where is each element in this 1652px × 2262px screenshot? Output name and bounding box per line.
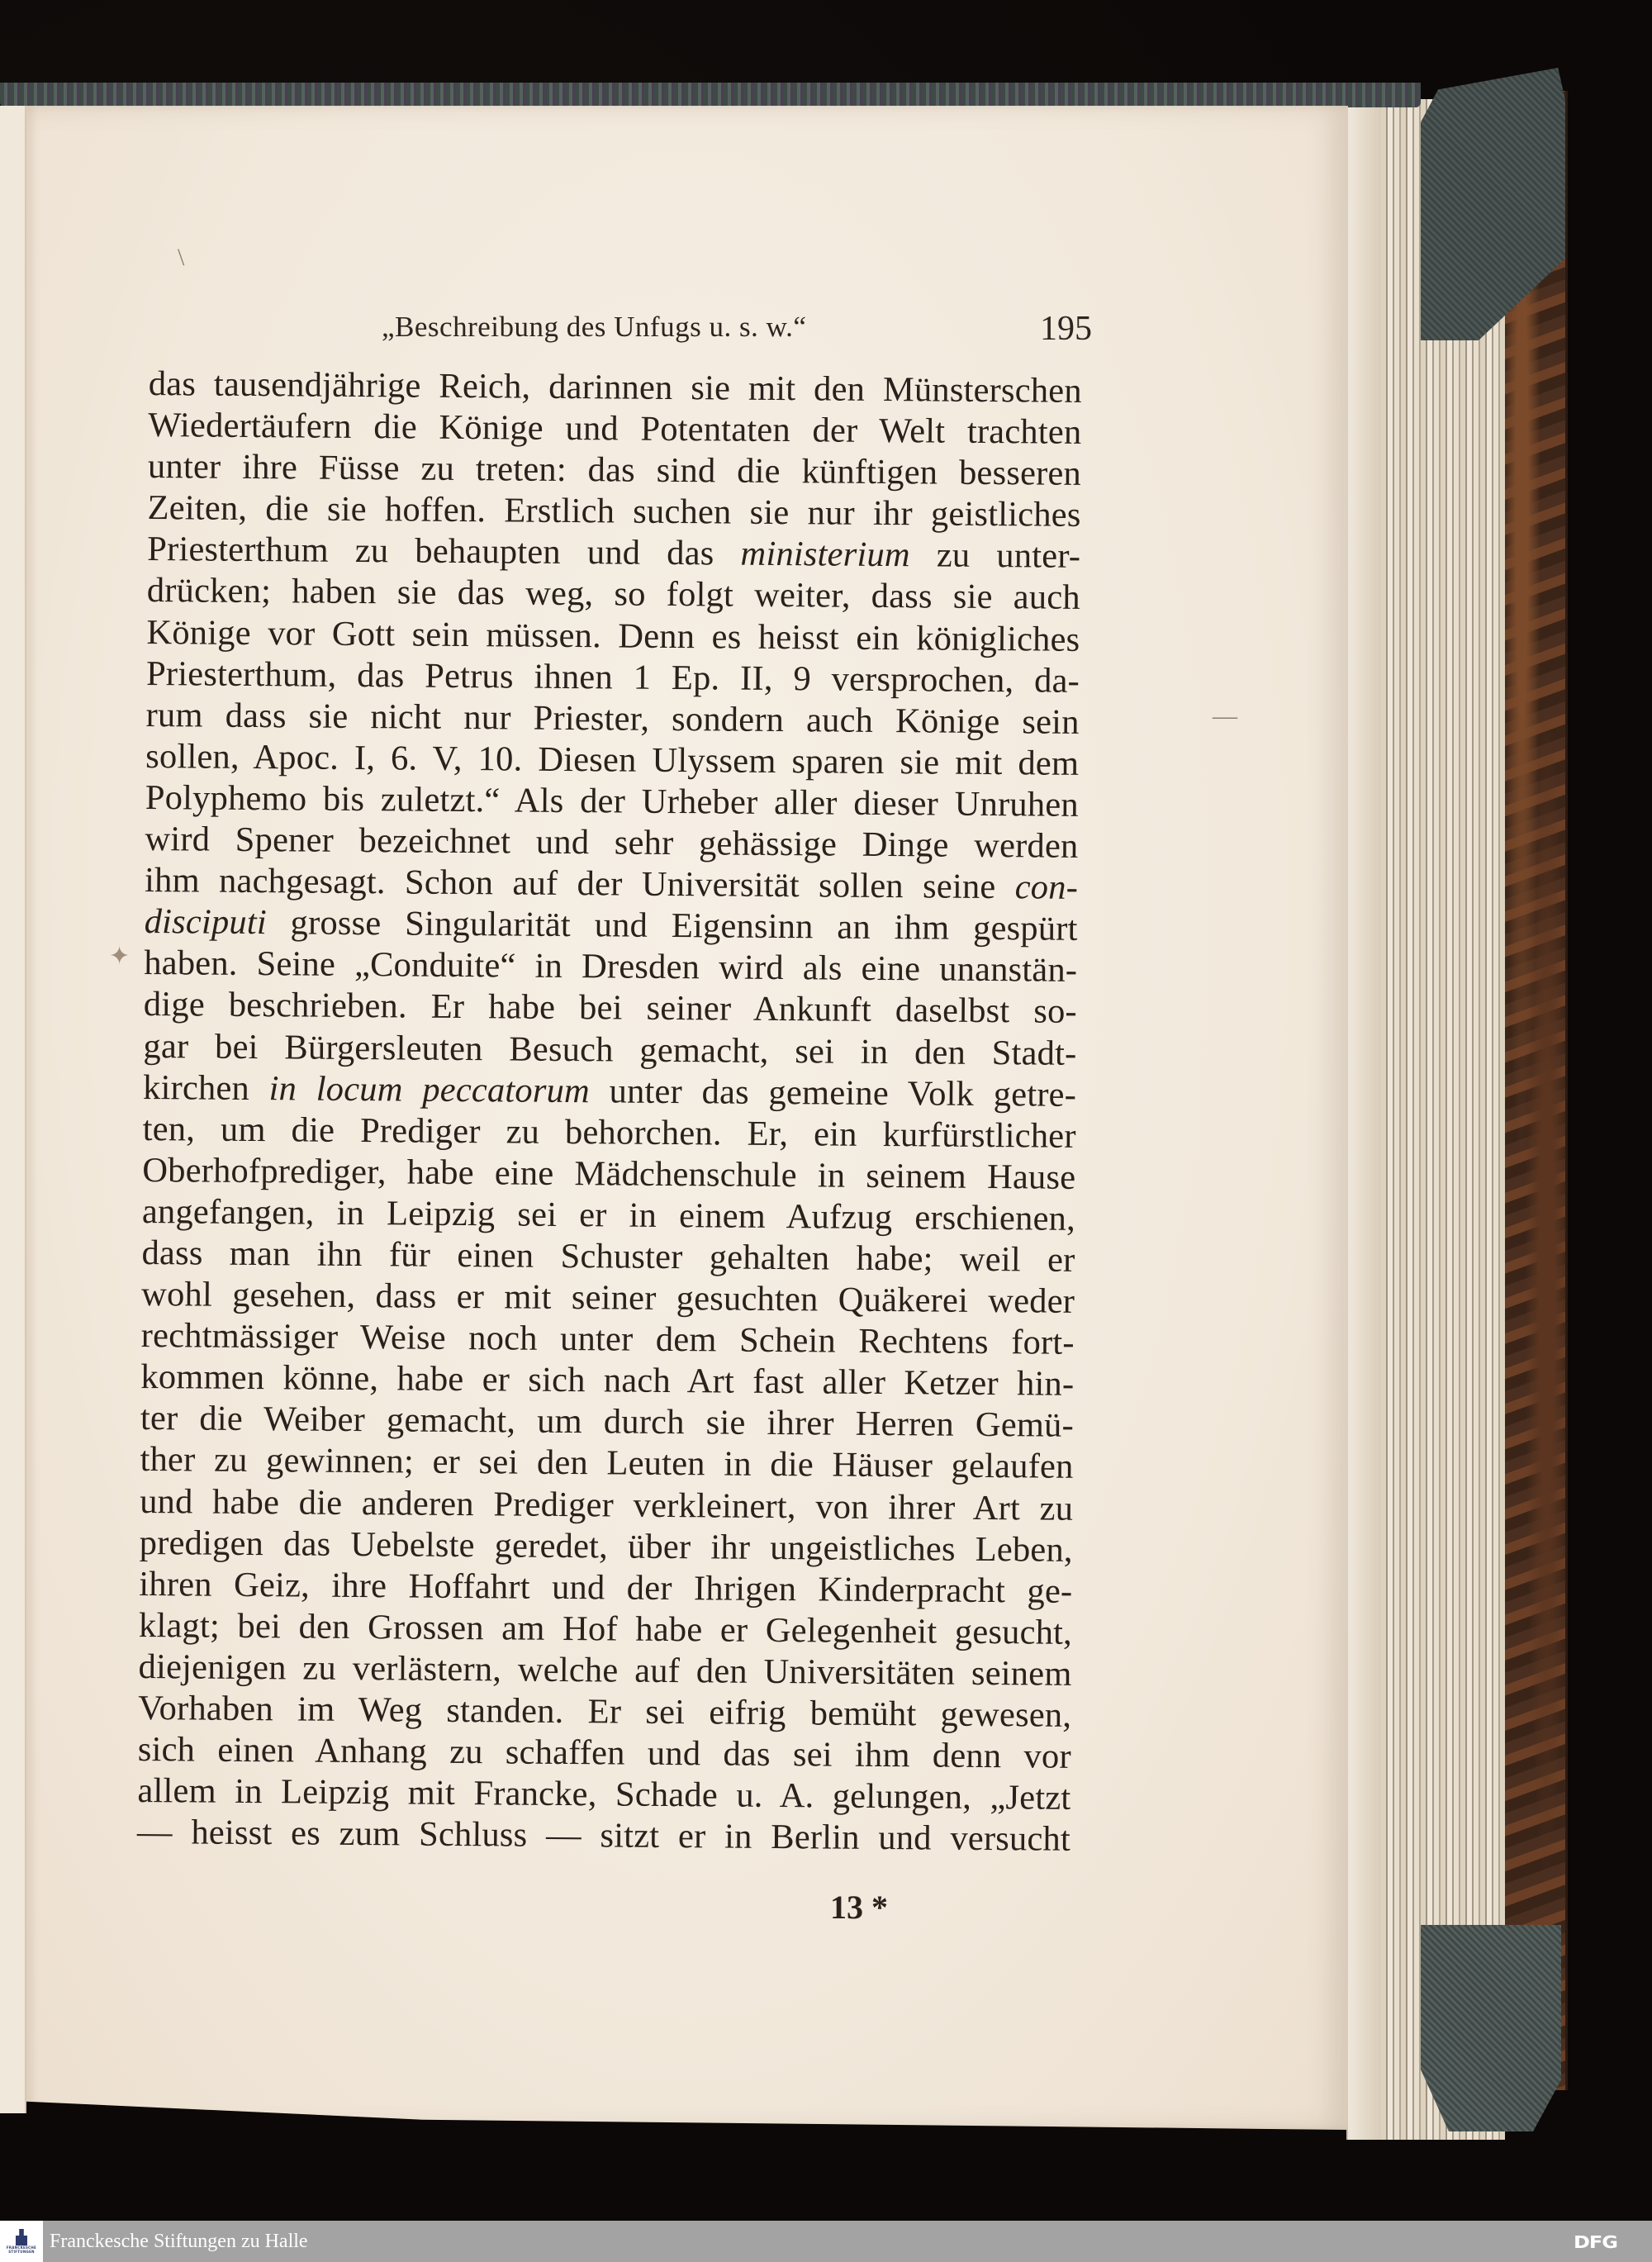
text-run: kommen könne, habe er sich nach Art fast…	[140, 1357, 1074, 1404]
margin-mark: ✦	[109, 942, 130, 971]
text-run: drücken; haben sie das weg, so folgt wei…	[147, 571, 1080, 617]
text-run: unter ihre Füsse zu treten: das sind die…	[148, 447, 1081, 493]
institution-name: Franckesche Stiftungen zu Halle	[50, 2231, 308, 2253]
cloth-corner-bottom	[1421, 1925, 1561, 2131]
italic-latin-term: in locum peccatorum	[268, 1069, 590, 1110]
text-line: Polyphemo bis zuletzt.“ Als der Urheber …	[145, 777, 1079, 826]
text-line: gar bei Bürgersleuten Besuch gemacht, se…	[143, 1025, 1076, 1074]
text-line: ter die Weiber gemacht, um durch sie ihr…	[140, 1398, 1074, 1447]
text-run: ihren Geiz, ihre Hoffahrt und der Ihrige…	[139, 1565, 1072, 1611]
text-run: ther zu gewinnen; er sei den Leuten in d…	[140, 1440, 1073, 1486]
text-line: kommen könne, habe er sich nach Art fast…	[140, 1357, 1074, 1405]
text-line: drücken; haben sie das weg, so folgt wei…	[147, 570, 1080, 619]
text-run: Zeiten, die sie hoffen. Erstlich suchen …	[147, 488, 1080, 535]
text-line: dass man ihn für einen Schuster gehalten…	[141, 1233, 1075, 1281]
text-line: klagt; bei den Grossen am Hof habe er Ge…	[139, 1605, 1072, 1654]
text-line: rechtmässiger Weise noch unter dem Schei…	[141, 1315, 1075, 1364]
text-run: angefangen, in Leipzig sei er in einem A…	[142, 1192, 1075, 1238]
text-run: gar bei Bürgersleuten Besuch gemacht, se…	[143, 1026, 1076, 1072]
text-run: — heisst es zum Schluss — sitzt er in Be…	[137, 1813, 1070, 1859]
verso-page-sliver	[0, 106, 26, 2113]
text-run: ihm nachgesagt. Schon auf der Universitä…	[145, 861, 1015, 906]
text-run: allem in Leipzig mit Francke, Schade u. …	[137, 1771, 1070, 1818]
text-line: — heisst es zum Schluss — sitzt er in Be…	[137, 1812, 1070, 1860]
italic-latin-term: ministerium	[740, 535, 910, 575]
page-number: 195	[1040, 309, 1092, 349]
text-run: wird Spener bezeichnet und sehr gehässig…	[145, 820, 1078, 866]
text-run: und habe die anderen Prediger verkleiner…	[140, 1481, 1073, 1528]
text-run: dass man ihn für einen Schuster gehalten…	[141, 1233, 1075, 1280]
text-run: kirchen	[143, 1068, 269, 1108]
text-run: haben. Seine „Conduite“ in Dresden wird …	[144, 943, 1077, 990]
text-run: predigen das Uebelste geredet, über ihr …	[140, 1523, 1073, 1570]
text-line: Zeiten, die sie hoffen. Erstlich suchen …	[147, 487, 1080, 536]
text-line: wird Spener bezeichnet und sehr gehässig…	[145, 819, 1078, 867]
text-run: wohl gesehen, dass er mit seiner gesucht…	[141, 1275, 1075, 1321]
text-run: ten, um die Prediger zu behorchen. Er, e…	[143, 1110, 1076, 1156]
text-line: Priesterthum zu behaupten und das minist…	[147, 529, 1080, 577]
text-line: Oberhofprediger, habe eine Mädchenschule…	[142, 1150, 1075, 1199]
text-run: sich einen Anhang zu schaffen und das se…	[138, 1730, 1071, 1776]
text-line: allem in Leipzig mit Francke, Schade u. …	[137, 1770, 1070, 1819]
text-run: Oberhofprediger, habe eine Mädchenschule…	[142, 1151, 1075, 1197]
logo-text-line2: STIFTUNGEN	[8, 2250, 35, 2254]
signature-mark: 13 *	[830, 1888, 888, 1927]
page-block-edges	[1346, 99, 1505, 2140]
footer-bar: FRANCKESCHE STIFTUNGEN Franckesche Stift…	[0, 2221, 1652, 2262]
figure-logo-icon	[16, 2229, 27, 2245]
body-text: das tausendjährige Reich, darinnen sie m…	[137, 364, 1082, 1860]
text-run: unter das gemeine Volk getre-	[590, 1072, 1077, 1114]
margin-mark: —	[1213, 702, 1237, 730]
text-run: Priesterthum, das Petrus ihnen 1 Ep. II,…	[146, 654, 1080, 701]
top-binding-strip	[0, 83, 1421, 107]
text-run: zu unter-	[910, 536, 1081, 577]
text-line: haben. Seine „Conduite“ in Dresden wird …	[144, 943, 1077, 991]
text-run: dige beschrieben. Er habe bei seiner Ank…	[144, 985, 1077, 1031]
text-line: Vorhaben im Weg standen. Er sei eifrig b…	[138, 1688, 1071, 1737]
text-line: diejenigen zu verlästern, welche auf den…	[138, 1647, 1071, 1695]
text-line: disciputi grosse Singularität und Eigens…	[144, 901, 1077, 950]
text-line: kirchen in locum peccatorum unter das ge…	[143, 1067, 1076, 1116]
text-line: ihren Geiz, ihre Hoffahrt und der Ihrige…	[139, 1564, 1072, 1613]
italic-latin-term: con-	[1015, 867, 1079, 907]
text-run: ter die Weiber gemacht, um durch sie ihr…	[140, 1399, 1074, 1445]
italic-latin-term: disciputi	[145, 902, 268, 942]
text-line: rum dass sie nicht nur Priester, sondern…	[145, 695, 1079, 744]
text-run: Priesterthum zu behaupten und das	[147, 530, 741, 573]
dfg-logo[interactable]: DFG	[1574, 2232, 1617, 2252]
text-line: ten, um die Prediger zu behorchen. Er, e…	[143, 1109, 1076, 1157]
text-line: Priesterthum, das Petrus ihnen 1 Ep. II,…	[146, 653, 1080, 702]
text-run: diejenigen zu verlästern, welche auf den…	[138, 1647, 1071, 1694]
margin-mark: \	[178, 244, 184, 272]
text-line: sollen, Apoc. I, 6. V, 10. Diesen Ulysse…	[145, 736, 1079, 785]
text-run: rum dass sie nicht nur Priester, sondern…	[145, 696, 1079, 742]
text-run: klagt; bei den Grossen am Hof habe er Ge…	[139, 1606, 1072, 1652]
text-run: Vorhaben im Weg standen. Er sei eifrig b…	[138, 1689, 1071, 1735]
text-run: grosse Singularität und Eigensinn an ihm…	[267, 903, 1078, 948]
text-line: ther zu gewinnen; er sei den Leuten in d…	[140, 1439, 1073, 1488]
text-line: sich einen Anhang zu schaffen und das se…	[138, 1729, 1071, 1778]
text-run: rechtmässiger Weise noch unter dem Schei…	[141, 1316, 1075, 1362]
text-run: Könige vor Gott sein müssen. Denn es hei…	[146, 613, 1080, 659]
text-line: unter ihre Füsse zu treten: das sind die…	[148, 446, 1081, 495]
text-line: Wiedertäufern die Könige und Potentaten …	[148, 405, 1081, 454]
text-run: Polyphemo bis zuletzt.“ Als der Urheber …	[145, 778, 1079, 824]
book-cover-board	[1503, 91, 1568, 2090]
text-line: dige beschrieben. Er habe bei seiner Ank…	[144, 984, 1077, 1033]
text-run: Wiedertäufern die Könige und Potentaten …	[148, 406, 1081, 452]
text-run: das tausendjährige Reich, darinnen sie m…	[149, 364, 1082, 411]
franckesche-stiftungen-logo[interactable]: FRANCKESCHE STIFTUNGEN	[0, 2221, 43, 2262]
text-line: ihm nachgesagt. Schon auf der Universitä…	[145, 860, 1078, 909]
text-run: sollen, Apoc. I, 6. V, 10. Diesen Ulysse…	[145, 737, 1079, 783]
text-line: und habe die anderen Prediger verkleiner…	[140, 1480, 1073, 1529]
running-title: „Beschreibung des Unfugs u. s. w.“	[382, 311, 806, 344]
text-line: das tausendjährige Reich, darinnen sie m…	[149, 364, 1082, 412]
text-line: angefangen, in Leipzig sei er in einem A…	[142, 1191, 1075, 1240]
text-line: predigen das Uebelste geredet, über ihr …	[140, 1523, 1073, 1571]
text-line: wohl gesehen, dass er mit seiner gesucht…	[141, 1274, 1075, 1323]
text-line: Könige vor Gott sein müssen. Denn es hei…	[146, 612, 1080, 661]
running-head: „Beschreibung des Unfugs u. s. w.“ 195	[382, 306, 1092, 355]
